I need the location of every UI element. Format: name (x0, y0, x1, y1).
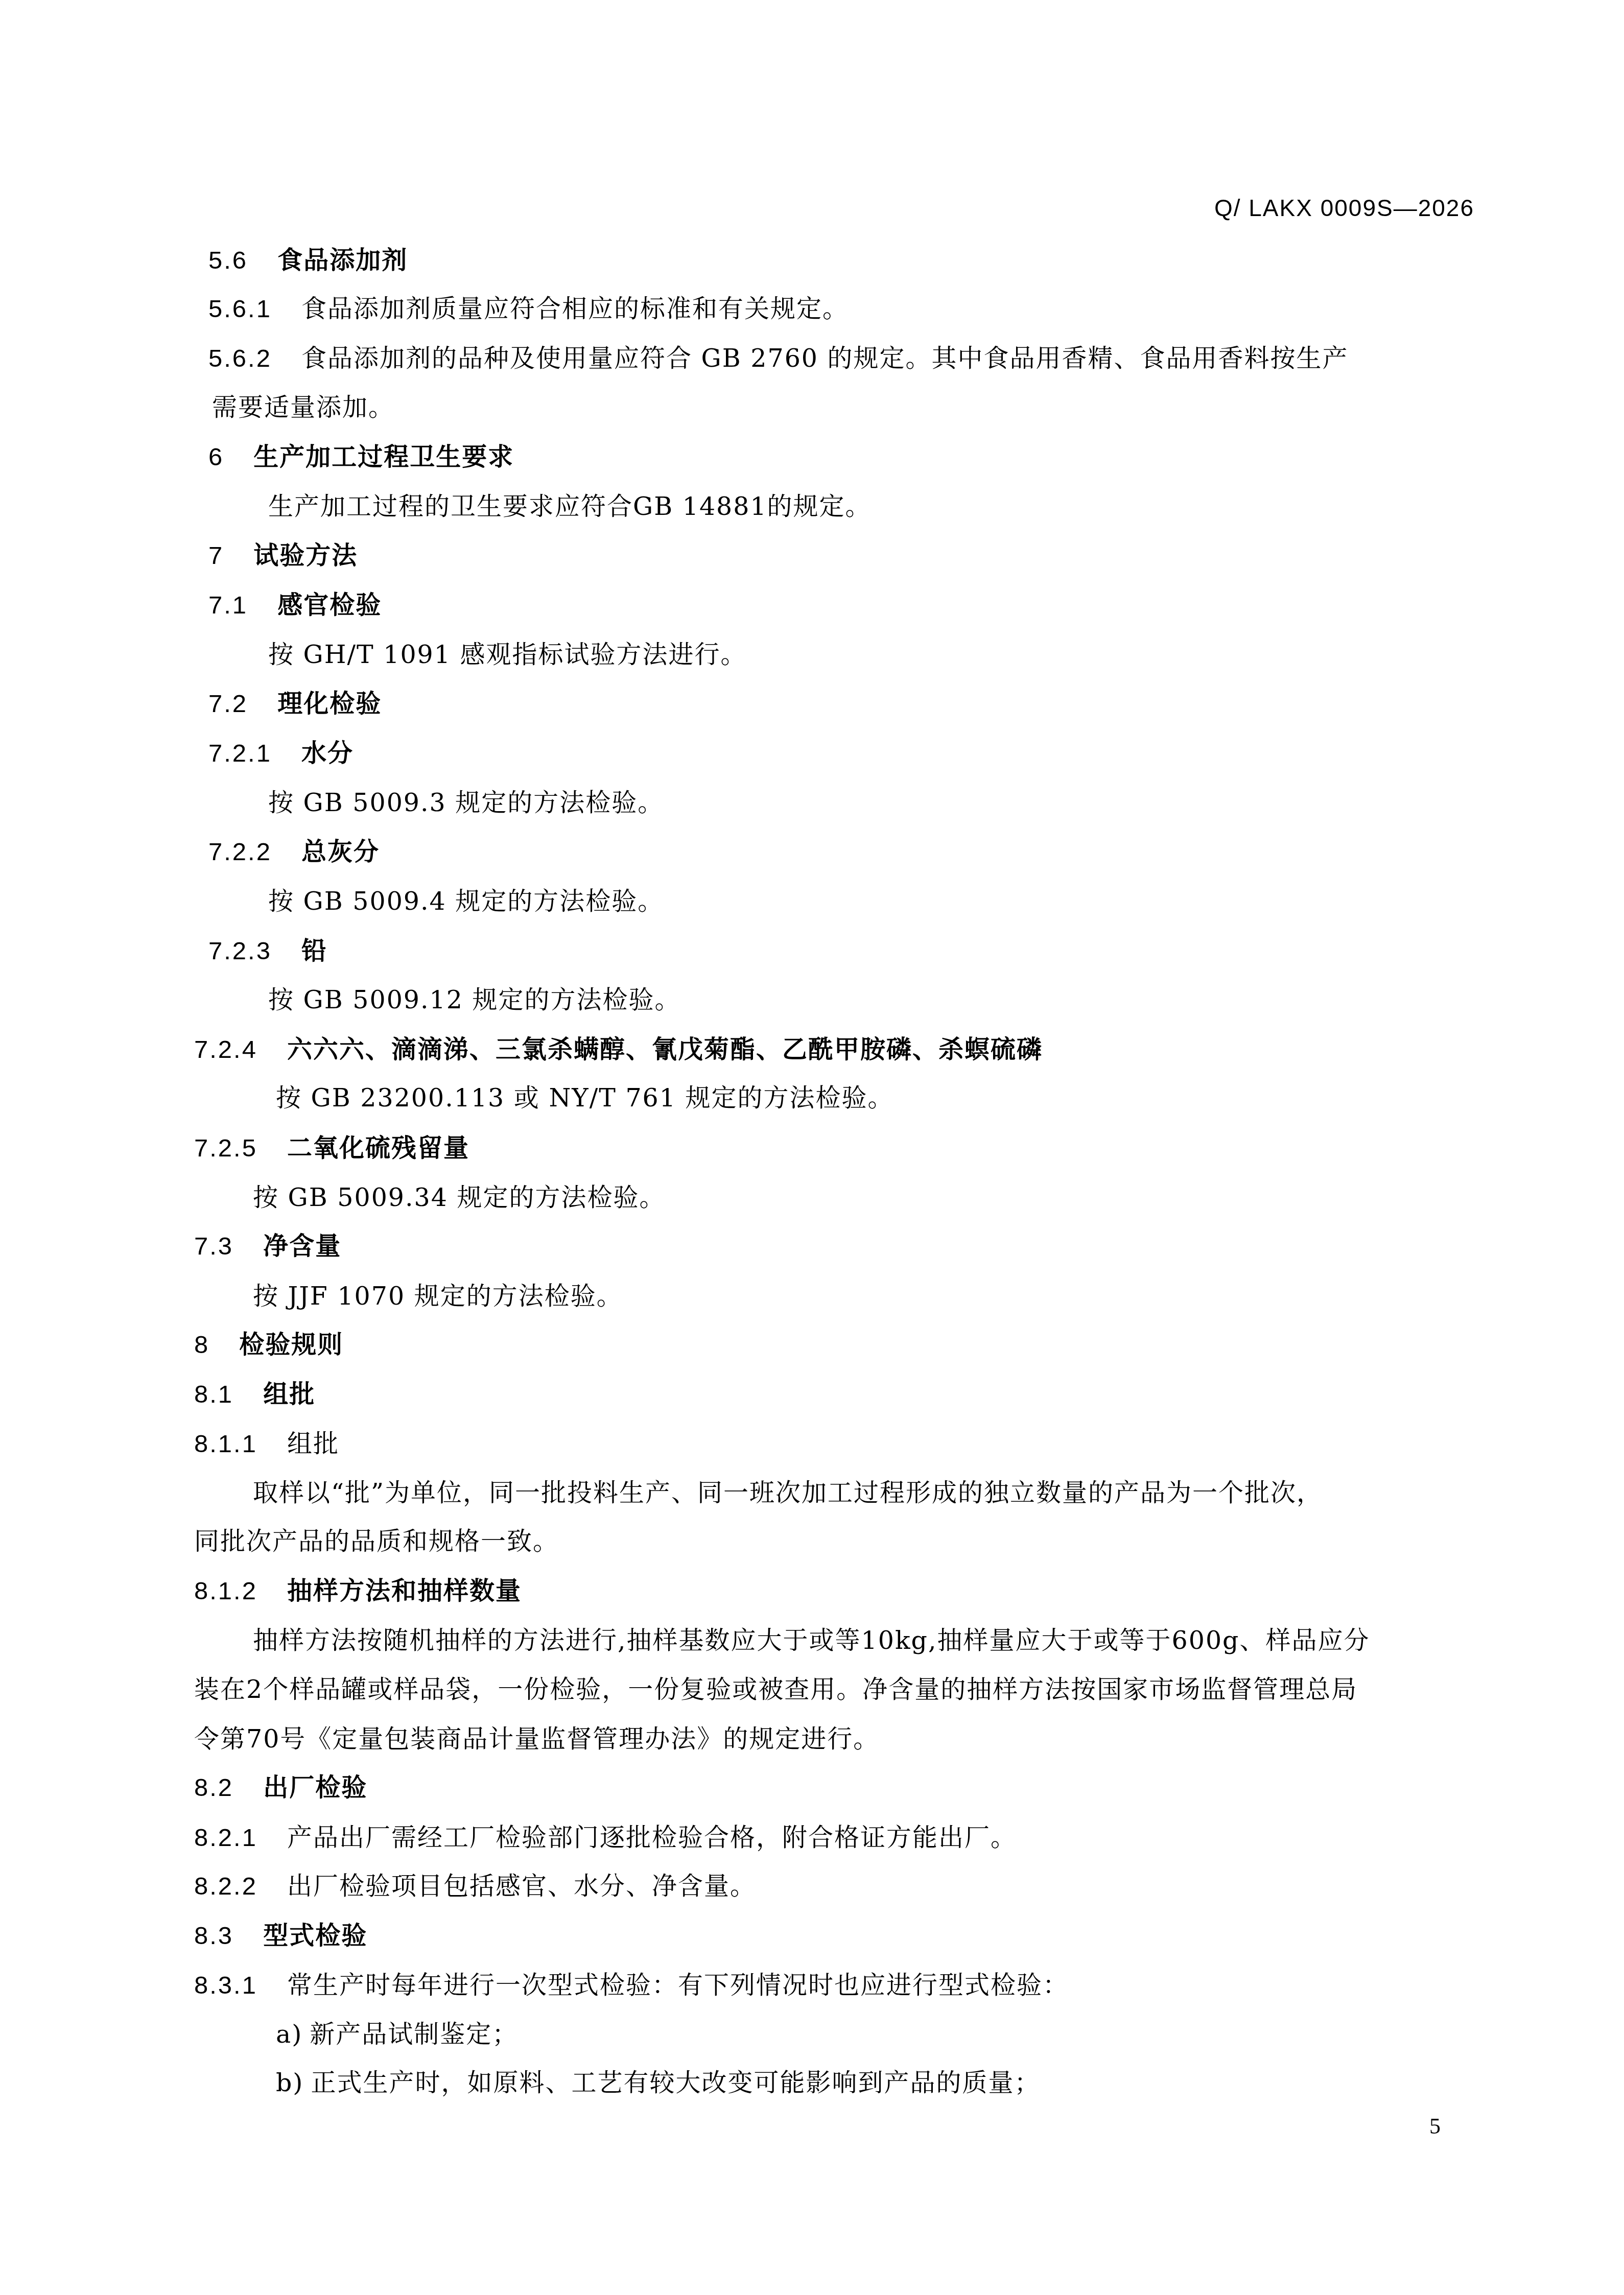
section-number: 8.2 (194, 1772, 233, 1803)
clause-number: 5.6.2 (208, 343, 272, 374)
clause-text: 产品出厂需经工厂检验部门逐批检验合格，附合格证方能出厂。 (287, 1823, 1017, 1852)
section-7-2-2-text: 按 GB 5009.4 规定的方法检验。 (268, 886, 664, 917)
list-item-a: a)新产品试制鉴定； (276, 2019, 518, 2050)
section-number: 6 (208, 442, 224, 472)
section-8-1-1-text: 取样以“批”为单位，同一批投料生产、同一班次加工过程形成的独立数量的产品为一个批… (253, 1478, 1323, 1508)
clause-8-2-2: 8.2.2出厂检验项目包括感官、水分、净含量。 (194, 1871, 756, 1902)
section-title: 二氧化硫残留量 (287, 1133, 469, 1163)
section-number: 7.3 (194, 1231, 233, 1262)
page-number: 5 (1429, 2113, 1441, 2139)
section-7-2-2-heading: 7.2.2总灰分 (208, 837, 380, 867)
list-item-text: 新产品试制鉴定； (310, 2020, 518, 2049)
section-8-1-1-heading: 8.1.1组批 (194, 1429, 339, 1459)
section-8-1-1-text-continued: 同批次产品的品质和规格一致。 (194, 1526, 559, 1557)
section-7-2-1-text: 按 GB 5009.3 规定的方法检验。 (268, 788, 664, 818)
section-number: 7.2 (208, 689, 248, 719)
section-8-1-2-text-continued-1: 装在2个样品罐或样品袋，一份检验，一份复验或被查用。净含量的抽样方法按国家市场监… (194, 1674, 1357, 1705)
section-7-2-heading: 7.2理化检验 (208, 689, 382, 719)
section-number: 7.2.3 (208, 936, 272, 966)
section-title: 水分 (301, 739, 354, 768)
section-number: 7.2.2 (208, 837, 272, 867)
section-8-3-heading: 8.3型式检验 (194, 1921, 367, 1951)
section-5-6-heading: 5.6食品添加剂 (208, 245, 408, 276)
section-8-1-2-text: 抽样方法按随机抽样的方法进行,抽样基数应大于或等10kg,抽样量应大于或等于60… (253, 1625, 1370, 1656)
section-title: 六六六、滴滴涕、三氯杀螨醇、氰戊菊酯、乙酰甲胺磷、杀螟硫磷 (287, 1035, 1043, 1064)
section-7-1-text: 按 GH/T 1091 感观指标试验方法进行。 (268, 640, 747, 670)
section-title: 型式检验 (263, 1921, 367, 1950)
section-7-3-text: 按 JJF 1070 规定的方法检验。 (253, 1281, 623, 1312)
section-number: 7.2.1 (208, 738, 272, 769)
section-7-2-5-heading: 7.2.5二氧化硫残留量 (194, 1133, 469, 1164)
section-number: 7 (208, 540, 224, 571)
section-number: 8.1 (194, 1379, 233, 1410)
section-7-3-heading: 7.3净含量 (194, 1231, 341, 1262)
section-title: 净含量 (263, 1232, 341, 1261)
clause-number: 5.6.1 (208, 294, 272, 324)
clause-8-2-1: 8.2.1产品出厂需经工厂检验部门逐批检验合格，附合格证方能出厂。 (194, 1823, 1017, 1853)
clause-text: 出厂检验项目包括感官、水分、净含量。 (287, 1872, 756, 1901)
section-number: 5.6 (208, 245, 248, 276)
list-item-b: b)正式生产时，如原料、工艺有较大改变可能影响到产品的质量； (276, 2068, 1041, 2098)
clause-5-6-2-continued: 需要适量添加。 (212, 392, 394, 423)
list-marker: b) (276, 2068, 303, 2097)
section-7-1-heading: 7.1感官检验 (208, 590, 382, 621)
clause-text: 食品添加剂的品种及使用量应符合 GB 2760 的规定。其中食品用香精、食品用香… (301, 344, 1349, 373)
section-8-1-2-heading: 8.1.2抽样方法和抽样数量 (194, 1576, 522, 1606)
section-number: 8.1.1 (194, 1429, 257, 1459)
section-number: 7.2.5 (194, 1133, 257, 1164)
section-title: 组批 (263, 1380, 315, 1409)
section-title: 理化检验 (277, 689, 382, 718)
clause-number: 8.2.1 (194, 1823, 257, 1853)
clause-text: 食品添加剂质量应符合相应的标准和有关规定。 (301, 294, 849, 323)
section-number: 8 (194, 1330, 209, 1360)
section-8-2-heading: 8.2出厂检验 (194, 1772, 367, 1803)
section-title: 生产加工过程卫生要求 (253, 442, 514, 471)
section-title: 试验方法 (253, 541, 358, 570)
section-7-2-4-text: 按 GB 23200.113 或 NY/T 761 规定的方法检验。 (276, 1083, 894, 1114)
section-7-2-5-text: 按 GB 5009.34 规定的方法检验。 (253, 1182, 666, 1213)
section-title: 检验规则 (239, 1330, 343, 1359)
section-title: 出厂检验 (263, 1773, 367, 1802)
section-7-heading: 7试验方法 (208, 540, 358, 571)
list-marker: a) (276, 2020, 302, 2049)
section-7-2-3-heading: 7.2.3铅 (208, 936, 327, 966)
clause-number: 8.2.2 (194, 1871, 257, 1902)
section-number: 8.1.2 (194, 1576, 257, 1606)
clause-8-3-1: 8.3.1常生产时每年进行一次型式检验：有下列情况时也应进行型式检验： (194, 1970, 1069, 2001)
section-title: 抽样方法和抽样数量 (287, 1576, 522, 1605)
section-8-1-heading: 8.1组批 (194, 1379, 315, 1410)
section-6-text: 生产加工过程的卫生要求应符合GB 14881的规定。 (268, 491, 872, 522)
standard-code: Q/ LAKX 0009S—2026 (1214, 194, 1474, 222)
section-title: 总灰分 (301, 837, 380, 866)
section-number: 7.1 (208, 590, 248, 621)
section-title: 组批 (287, 1429, 339, 1458)
section-7-2-3-text: 按 GB 5009.12 规定的方法检验。 (268, 985, 681, 1015)
section-6-heading: 6生产加工过程卫生要求 (208, 442, 514, 472)
section-8-1-2-text-continued-2: 令第70号《定量包装商品计量监督管理办法》的规定进行。 (194, 1724, 879, 1755)
section-number: 8.3 (194, 1921, 233, 1951)
list-item-text: 正式生产时，如原料、工艺有较大改变可能影响到产品的质量； (311, 2068, 1040, 2097)
section-7-2-1-heading: 7.2.1水分 (208, 738, 354, 769)
section-number: 7.2.4 (194, 1034, 257, 1065)
section-8-heading: 8检验规则 (194, 1330, 343, 1360)
clause-number: 8.3.1 (194, 1970, 257, 2001)
section-title: 食品添加剂 (277, 246, 408, 275)
clause-text: 常生产时每年进行一次型式检验：有下列情况时也应进行型式检验： (287, 1971, 1069, 2000)
clause-5-6-1: 5.6.1食品添加剂质量应符合相应的标准和有关规定。 (208, 294, 849, 324)
section-title: 铅 (301, 936, 327, 965)
section-7-2-4-heading: 7.2.4六六六、滴滴涕、三氯杀螨醇、氰戊菊酯、乙酰甲胺磷、杀螟硫磷 (194, 1034, 1043, 1065)
clause-5-6-2: 5.6.2食品添加剂的品种及使用量应符合 GB 2760 的规定。其中食品用香精… (208, 343, 1349, 374)
section-title: 感官检验 (277, 590, 382, 620)
